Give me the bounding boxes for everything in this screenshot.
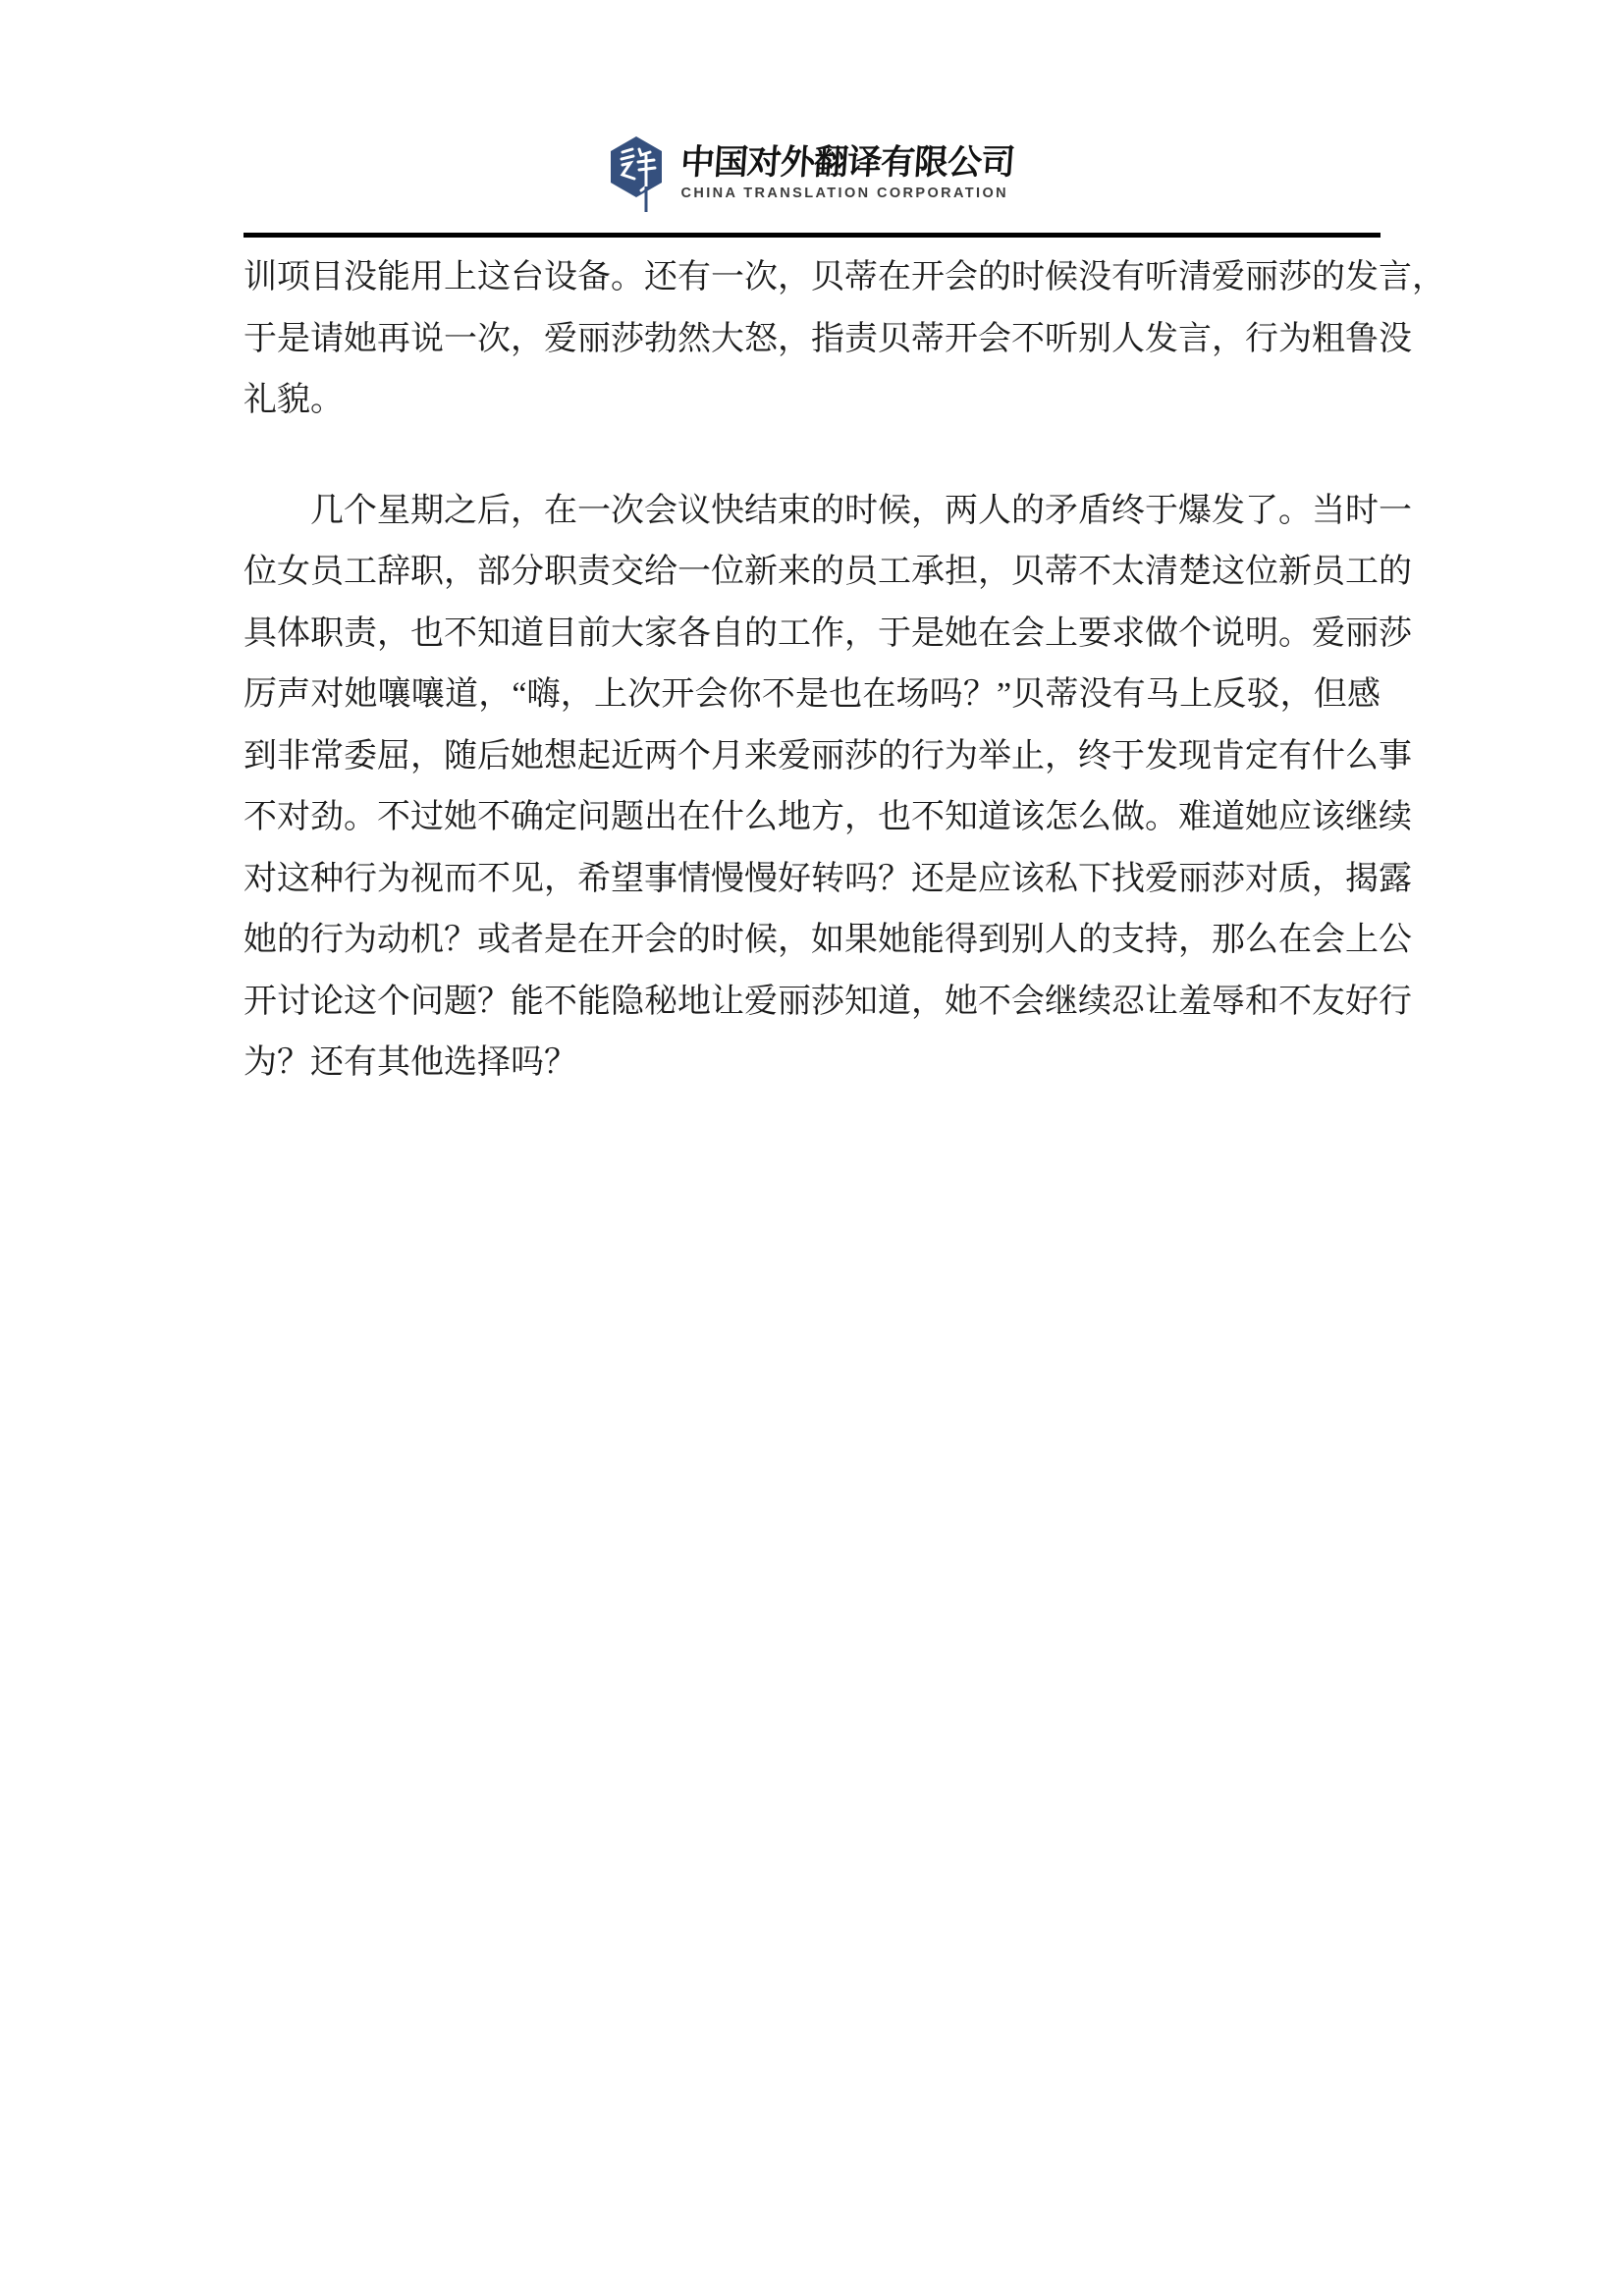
paragraph-line: 位女员工辞职，部分职责交给一位新来的员工承担，贝蒂不太清楚这位新员工的 [244, 542, 1380, 604]
header-divider [244, 233, 1380, 238]
company-logo: 中国对外翻译有限公司 CHINA TRANSLATION CORPORATION [0, 135, 1624, 221]
paragraph-line: 具体职责，也不知道目前大家各自的工作，于是她在会上要求做个说明。爱丽莎 [244, 604, 1380, 666]
paragraph-line: 为？还有其他选择吗？ [244, 1033, 1380, 1095]
paragraph-line: 厉声对她嚷嚷道，“嗨，上次开会你不是也在场吗？”贝蒂没有马上反驳，但感 [244, 665, 1380, 726]
document-page: 中国对外翻译有限公司 CHINA TRANSLATION CORPORATION… [0, 0, 1624, 2296]
paragraph-line: 开讨论这个问题？能不能隐秘地让爱丽莎知道，她不会继续忍让羞辱和不友好行 [244, 972, 1380, 1034]
paragraph-line: 几个星期之后，在一次会议快结束的时候，两人的矛盾终于爆发了。当时一 [244, 481, 1380, 543]
logo-hexagon-icon [609, 135, 664, 221]
paragraph-2: 几个星期之后，在一次会议快结束的时候，两人的矛盾终于爆发了。当时一 位女员工辞职… [244, 481, 1380, 1095]
paragraph-line: 礼貌。 [244, 370, 1380, 432]
paragraph-line: 到非常委屈，随后她想起近两个月来爱丽莎的行为举止，终于发现肯定有什么事 [244, 726, 1380, 788]
paragraph-1: 训项目没能用上这台设备。还有一次，贝蒂在开会的时候没有听清爱丽莎的发言， 于是请… [244, 247, 1380, 432]
company-name-zh: 中国对外翻译有限公司 [679, 143, 1016, 183]
company-name-en: CHINA TRANSLATION CORPORATION [680, 186, 1008, 201]
paragraph-line: 对这种行为视而不见，希望事情慢慢好转吗？还是应该私下找爱丽莎对质，揭露 [244, 849, 1380, 911]
document-body: 训项目没能用上这台设备。还有一次，贝蒂在开会的时候没有听清爱丽莎的发言， 于是请… [244, 247, 1380, 1095]
paragraph-line: 于是请她再说一次，爱丽莎勃然大怒，指责贝蒂开会不听别人发言，行为粗鲁没 [244, 309, 1380, 371]
paragraph-line: 她的行为动机？或者是在开会的时候，如果她能得到别人的支持，那么在会上公 [244, 910, 1380, 972]
paragraph-line: 训项目没能用上这台设备。还有一次，贝蒂在开会的时候没有听清爱丽莎的发言， [244, 247, 1380, 309]
logo-text-block: 中国对外翻译有限公司 CHINA TRANSLATION CORPORATION [680, 135, 1014, 201]
paragraph-line: 不对劲。不过她不确定问题出在什么地方，也不知道该怎么做。难道她应该继续 [244, 787, 1380, 849]
